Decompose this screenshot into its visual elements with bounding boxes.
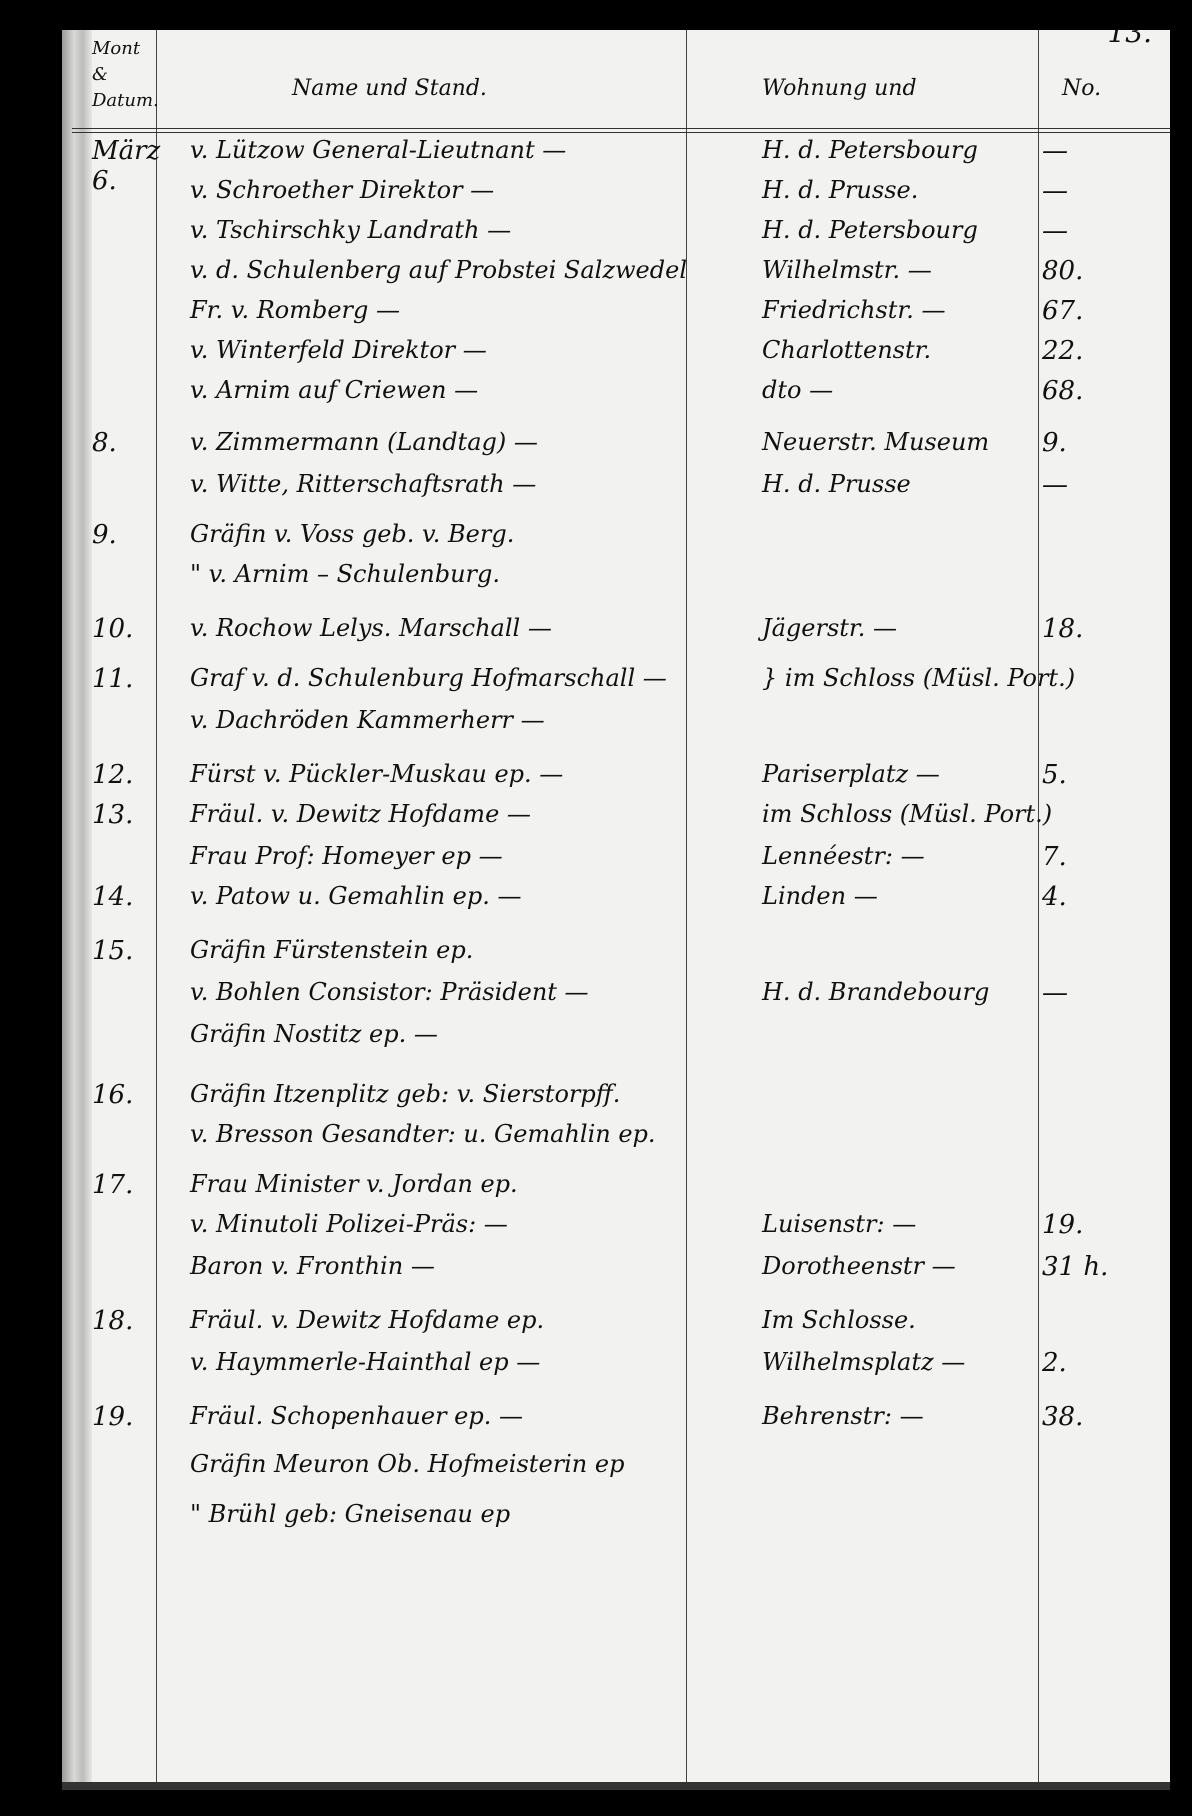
entry-name: v. Bohlen Consistor: Präsident — [190, 978, 760, 1006]
entry-number: — [1042, 470, 1152, 500]
table-row: " v. Arnim – Schulenburg. [62, 560, 1170, 598]
entry-number: 4. [1042, 882, 1152, 912]
entry-number: — [1042, 136, 1152, 166]
entry-name: v. Zimmermann (Landtag) — [190, 428, 760, 456]
entry-address: Lennéestr: — [762, 842, 1082, 870]
table-row: 16.Gräfin Itzenplitz geb: v. Sierstorpff… [62, 1080, 1170, 1118]
entry-name: v. Patow u. Gemahlin ep. — [190, 882, 760, 910]
entry-number: — [1042, 216, 1152, 246]
entry-number: 5. [1042, 760, 1152, 790]
entry-address: H. d. Prusse. [762, 176, 1082, 204]
entry-address: H. d. Petersbourg [762, 216, 1082, 244]
table-row: 11.Graf v. d. Schulenburg Hofmarschall —… [62, 664, 1170, 702]
entry-name: v. Witte, Ritterschaftsrath — [190, 470, 760, 498]
entry-name: " v. Arnim – Schulenburg. [190, 560, 760, 588]
entry-number: 67. [1042, 296, 1152, 326]
entry-address: Friedrichstr. — [762, 296, 1082, 324]
table-row: v. Witte, Ritterschaftsrath —H. d. Pruss… [62, 470, 1170, 508]
table-row: v. Schroether Direktor —H. d. Prusse.— [62, 176, 1170, 214]
table-row: v. d. Schulenberg auf Probstei Salzwedel… [62, 256, 1170, 294]
table-row: 18.Fräul. v. Dewitz Hofdame ep.Im Schlos… [62, 1306, 1170, 1344]
entry-name: Fräul. Schopenhauer ep. — [190, 1402, 760, 1430]
entry-date: 9. [92, 520, 170, 550]
table-row: Baron v. Fronthin —Dorotheenstr —31 h. [62, 1252, 1170, 1290]
entry-address: im Schloss (Müsl. Port.) [762, 800, 1082, 828]
table-row: 17.Frau Minister v. Jordan ep. [62, 1170, 1170, 1208]
entry-date: 14. [92, 882, 170, 912]
entry-address: Jägerstr. — [762, 614, 1082, 642]
table-row: v. Bohlen Consistor: Präsident —H. d. Br… [62, 978, 1170, 1016]
table-row: 12.Fürst v. Pückler-Muskau ep. —Pariserp… [62, 760, 1170, 798]
entry-number: 9. [1042, 428, 1152, 458]
entry-address: Neuerstr. Museum [762, 428, 1082, 456]
entry-address: Luisenstr: — [762, 1210, 1082, 1238]
entry-name: Frau Minister v. Jordan ep. [190, 1170, 760, 1198]
entry-address: Im Schlosse. [762, 1306, 1082, 1334]
entry-name: Graf v. d. Schulenburg Hofmarschall — [190, 664, 760, 692]
entry-date: 10. [92, 614, 170, 644]
entry-name: Gräfin Meuron Ob. Hofmeisterin ep [190, 1450, 760, 1478]
table-row: 13.Fräul. v. Dewitz Hofdame —im Schloss … [62, 800, 1170, 838]
entry-number: 31 h. [1042, 1252, 1152, 1282]
table-row: Gräfin Meuron Ob. Hofmeisterin ep [62, 1450, 1170, 1488]
entry-date: 18. [92, 1306, 170, 1336]
entry-name: Baron v. Fronthin — [190, 1252, 760, 1280]
entry-date: 12. [92, 760, 170, 790]
entry-name: v. Lützow General-Lieutnant — [190, 136, 760, 164]
table-row: 9.Gräfin v. Voss geb. v. Berg. [62, 520, 1170, 558]
table-row: 19.Fräul. Schopenhauer ep. —Behrenstr: —… [62, 1402, 1170, 1440]
header-number: No. [1062, 76, 1101, 101]
entry-number: — [1042, 176, 1152, 206]
entry-date: 16. [92, 1080, 170, 1110]
table-row: Fr. v. Romberg —Friedrichstr. —67. [62, 296, 1170, 334]
entry-address: H. d. Petersbourg [762, 136, 1082, 164]
entry-name: Gräfin Nostitz ep. — [190, 1020, 760, 1048]
table-row: v. Dachröden Kammerherr — [62, 706, 1170, 744]
entry-number: 22. [1042, 336, 1152, 366]
entry-name: v. Minutoli Polizei-Präs: — [190, 1210, 760, 1238]
entry-number: 19. [1042, 1210, 1152, 1240]
entry-address: H. d. Brandebourg [762, 978, 1082, 1006]
entry-name: v. Dachröden Kammerherr — [190, 706, 760, 734]
ledger-page: 13. Mont & Datum. Name und Stand. Wohnun… [62, 30, 1170, 1790]
entry-address: Pariserplatz — [762, 760, 1082, 788]
header-rule [72, 128, 1170, 129]
table-row: 14.v. Patow u. Gemahlin ep. —Linden —4. [62, 882, 1170, 920]
entry-name: Fräul. v. Dewitz Hofdame ep. [190, 1306, 760, 1334]
entry-address: Charlottenstr. [762, 336, 1082, 364]
entry-name: " Brühl geb: Gneisenau ep [190, 1500, 760, 1528]
entry-address: Linden — [762, 882, 1082, 910]
entry-address: Wilhelmstr. — [762, 256, 1082, 284]
entry-name: v. Arnim auf Criewen — [190, 376, 760, 404]
entry-number: 7. [1042, 842, 1152, 872]
header-rule-double [72, 132, 1170, 133]
table-row: Frau Prof: Homeyer ep —Lennéestr: —7. [62, 842, 1170, 880]
entry-name: v. Rochow Lelys. Marschall — [190, 614, 760, 642]
entry-date: 19. [92, 1402, 170, 1432]
entry-address: Wilhelmsplatz — [762, 1348, 1082, 1376]
header-address: Wohnung und [762, 76, 917, 101]
entry-number: — [1042, 978, 1152, 1008]
entry-name: v. d. Schulenberg auf Probstei Salzwedel [190, 256, 760, 284]
entry-address: Behrenstr: — [762, 1402, 1082, 1430]
table-row: 15.Gräfin Fürstenstein ep. [62, 936, 1170, 974]
entry-name: v. Bresson Gesandter: u. Gemahlin ep. [190, 1120, 760, 1148]
entry-name: v. Tschirschky Landrath — [190, 216, 760, 244]
entry-name: Fürst v. Pückler-Muskau ep. — [190, 760, 760, 788]
table-row: " Brühl geb: Gneisenau ep [62, 1500, 1170, 1538]
entry-name: Gräfin v. Voss geb. v. Berg. [190, 520, 760, 548]
entry-date: 8. [92, 428, 170, 458]
header-date: Mont & Datum. [92, 36, 156, 114]
entry-number: 80. [1042, 256, 1152, 286]
entry-name: v. Haymmerle-Hainthal ep — [190, 1348, 760, 1376]
entry-name: Gräfin Itzenplitz geb: v. Sierstorpff. [190, 1080, 760, 1108]
table-row: 8.v. Zimmermann (Landtag) —Neuerstr. Mus… [62, 428, 1170, 466]
table-row: v. Tschirschky Landrath —H. d. Petersbou… [62, 216, 1170, 254]
entry-address: H. d. Prusse [762, 470, 1082, 498]
entry-name: Fr. v. Romberg — [190, 296, 760, 324]
entry-name: v. Winterfeld Direktor — [190, 336, 760, 364]
table-row: Gräfin Nostitz ep. — [62, 1020, 1170, 1058]
entry-date: 11. [92, 664, 170, 694]
entry-number: 18. [1042, 614, 1152, 644]
header-name: Name und Stand. [292, 76, 487, 101]
entry-address: dto — [762, 376, 1082, 404]
entry-address: Dorotheenstr — [762, 1252, 1082, 1280]
entry-date: 15. [92, 936, 170, 966]
entry-name: Fräul. v. Dewitz Hofdame — [190, 800, 760, 828]
table-row: v. Haymmerle-Hainthal ep —Wilhelmsplatz … [62, 1348, 1170, 1386]
table-row: v. Winterfeld Direktor —Charlottenstr.22… [62, 336, 1170, 374]
entry-number: 38. [1042, 1402, 1152, 1432]
entry-date: 13. [92, 800, 170, 830]
entry-address: } im Schloss (Müsl. Port.) [762, 664, 1082, 692]
page-number: 13. [1107, 30, 1152, 49]
table-row: 10.v. Rochow Lelys. Marschall —Jägerstr.… [62, 614, 1170, 652]
entry-name: v. Schroether Direktor — [190, 176, 760, 204]
entry-date: 17. [92, 1170, 170, 1200]
page-bottom-edge [62, 1782, 1170, 1790]
entry-name: Gräfin Fürstenstein ep. [190, 936, 760, 964]
table-row: v. Minutoli Polizei-Präs: —Luisenstr: —1… [62, 1210, 1170, 1248]
entry-name: Frau Prof: Homeyer ep — [190, 842, 760, 870]
table-row: v. Arnim auf Criewen —dto —68. [62, 376, 1170, 414]
entry-number: 2. [1042, 1348, 1152, 1378]
table-row: März 6.v. Lützow General-Lieutnant —H. d… [62, 136, 1170, 174]
entry-number: 68. [1042, 376, 1152, 406]
table-row: v. Bresson Gesandter: u. Gemahlin ep. [62, 1120, 1170, 1158]
